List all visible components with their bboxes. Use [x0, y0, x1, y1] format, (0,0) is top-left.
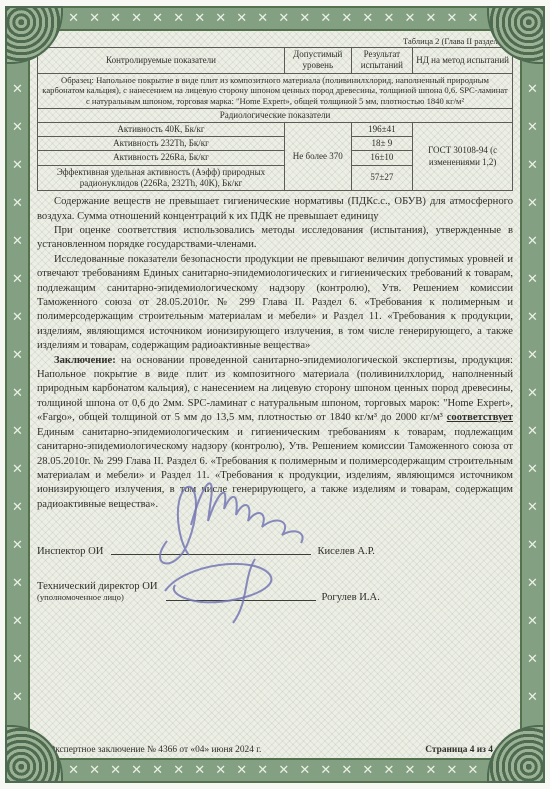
- paragraph-research: Исследованные показатели безопасности пр…: [37, 253, 513, 354]
- indicator-cell: Активность 226Ra, Бк/кг: [38, 151, 285, 165]
- director-signature-row: Технический директор ОИ (уполномоченное …: [37, 581, 513, 603]
- result-cell: 57±27: [351, 165, 413, 191]
- result-cell: 18± 9: [351, 137, 413, 151]
- document-body: Таблица 2 (Глава II раздел 3) Контролиру…: [30, 31, 520, 758]
- inspector-signature-row: Инспектор ОИ Киселев А.Р.: [37, 542, 513, 557]
- paragraph-methods: При оценке соответствия использовались м…: [37, 224, 513, 253]
- border-pattern: ✕ ✕ ✕ ✕ ✕ ✕ ✕ ✕ ✕ ✕ ✕ ✕ ✕ ✕ ✕ ✕ ✕ ✕ ✕ ✕ …: [5, 758, 545, 783]
- signature-line: [166, 588, 316, 601]
- column-header-method: НД на метод испытаний: [413, 48, 513, 74]
- border-pattern: ✕ ✕ ✕ ✕ ✕ ✕ ✕ ✕ ✕ ✕ ✕ ✕ ✕ ✕ ✕ ✕ ✕ ✕ ✕ ✕ …: [5, 6, 30, 783]
- inspector-name: Киселев А.Р.: [317, 546, 374, 557]
- border-pattern: ✕ ✕ ✕ ✕ ✕ ✕ ✕ ✕ ✕ ✕ ✕ ✕ ✕ ✕ ✕ ✕ ✕ ✕ ✕ ✕ …: [5, 6, 545, 31]
- conclusion-label: Заключение:: [54, 355, 116, 366]
- result-cell: 16±10: [351, 151, 413, 165]
- authorized-person-note: (уполномоченное лицо): [37, 592, 124, 602]
- indicator-cell: Активность 40К, Бк/кг: [38, 122, 285, 136]
- sample-description: Образец: Напольное покрытие в виде плит …: [38, 73, 513, 108]
- column-header-indicators: Контролируемые показатели: [38, 48, 285, 74]
- border-pattern: ✕ ✕ ✕ ✕ ✕ ✕ ✕ ✕ ✕ ✕ ✕ ✕ ✕ ✕ ✕ ✕ ✕ ✕ ✕ ✕ …: [520, 6, 545, 783]
- director-role-label: Технический директор ОИ: [37, 581, 158, 592]
- border-bottom-ornament: ✕ ✕ ✕ ✕ ✕ ✕ ✕ ✕ ✕ ✕ ✕ ✕ ✕ ✕ ✕ ✕ ✕ ✕ ✕ ✕ …: [5, 758, 545, 783]
- border-left-ornament: ✕ ✕ ✕ ✕ ✕ ✕ ✕ ✕ ✕ ✕ ✕ ✕ ✕ ✕ ✕ ✕ ✕ ✕ ✕ ✕ …: [5, 6, 30, 783]
- column-header-allowed-level: Допустимый уровень: [285, 48, 352, 74]
- director-name: Рогулев И.А.: [322, 592, 380, 603]
- indicator-cell: Активность 232Th, Бк/кг: [38, 137, 285, 151]
- allowed-level-cell: Не более 370: [285, 122, 352, 190]
- method-cell: ГОСТ 30108-94 (с изменениями 1,2): [413, 122, 513, 190]
- indicator-cell: Эффективная удельная активность (Аэфф) п…: [38, 165, 285, 191]
- result-cell: 196±41: [351, 122, 413, 136]
- certificate-page: ✕ ✕ ✕ ✕ ✕ ✕ ✕ ✕ ✕ ✕ ✕ ✕ ✕ ✕ ✕ ✕ ✕ ✕ ✕ ✕ …: [0, 0, 550, 789]
- paragraph-substances: Содержание веществ не превышает гигиенич…: [37, 195, 513, 224]
- conclusion-text-after: Единым санитарно-эпидемиологическим и ги…: [37, 427, 513, 510]
- row-activity-40k: Активность 40К, Бк/кг Не более 370 196±4…: [38, 122, 513, 136]
- table-caption: Таблица 2 (Глава II раздел 3): [37, 36, 507, 46]
- table-header-row: Контролируемые показатели Допустимый уро…: [38, 48, 513, 74]
- results-table: Контролируемые показатели Допустимый уро…: [37, 47, 513, 191]
- border-right-ornament: ✕ ✕ ✕ ✕ ✕ ✕ ✕ ✕ ✕ ✕ ✕ ✕ ✕ ✕ ✕ ✕ ✕ ✕ ✕ ✕ …: [520, 6, 545, 783]
- inspector-role-label: Инспектор ОИ: [37, 546, 103, 557]
- section-row: Радиологические показатели: [38, 108, 513, 122]
- page-footer: Экспертное заключение № 4366 от «04» июн…: [37, 745, 513, 755]
- signature-line: [111, 542, 311, 555]
- sample-description-row: Образец: Напольное покрытие в виде плит …: [38, 73, 513, 108]
- column-header-result: Результат испытаний: [351, 48, 413, 74]
- footer-document-number: Экспертное заключение № 4366 от «04» июн…: [37, 745, 261, 755]
- conclusion-verdict: соответствует: [447, 412, 513, 423]
- section-title: Радиологические показатели: [38, 108, 513, 122]
- paragraph-conclusion: Заключение: на основании проведенной сан…: [37, 354, 513, 512]
- director-role-block: Технический директор ОИ (уполномоченное …: [37, 581, 158, 603]
- border-top-ornament: ✕ ✕ ✕ ✕ ✕ ✕ ✕ ✕ ✕ ✕ ✕ ✕ ✕ ✕ ✕ ✕ ✕ ✕ ✕ ✕ …: [5, 6, 545, 31]
